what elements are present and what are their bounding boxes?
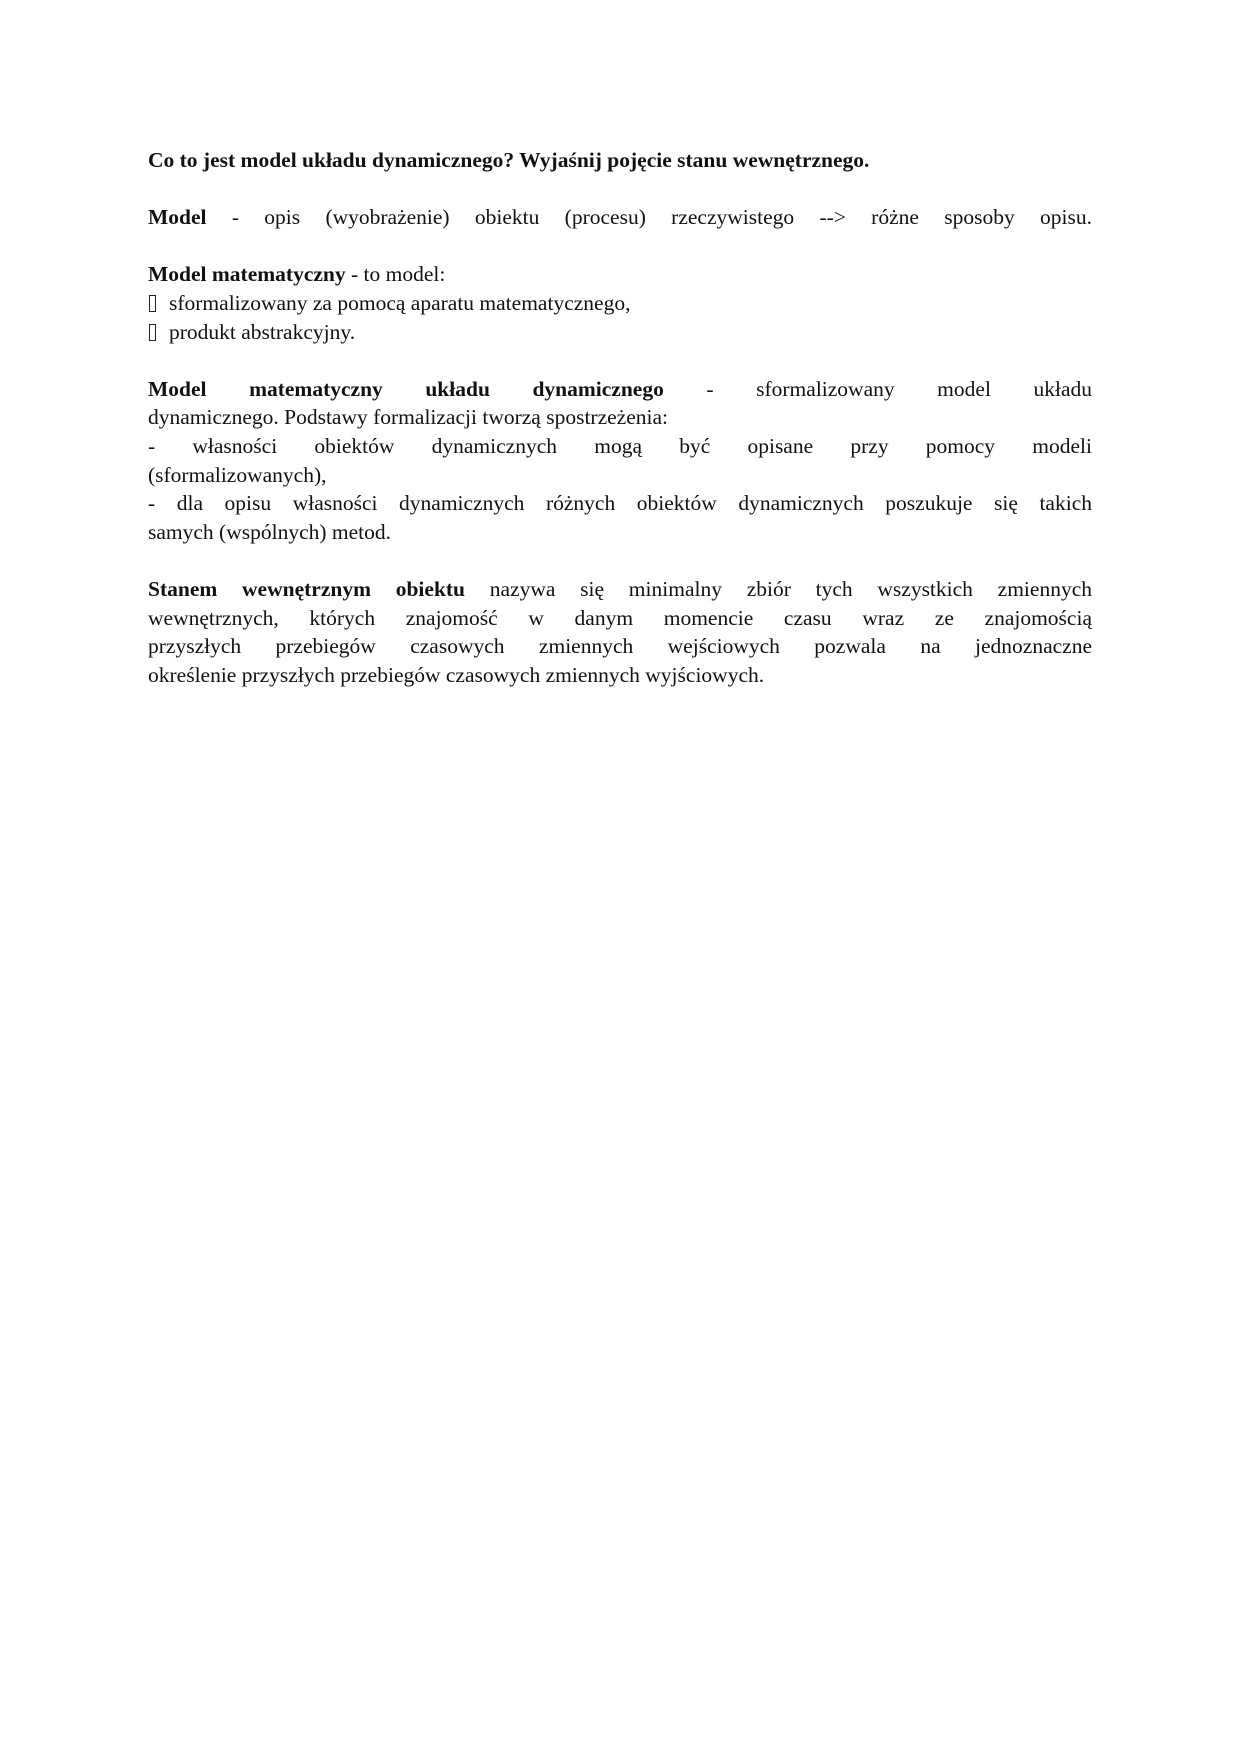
paragraph-internal-state: Stanem wewnętrznym obiektu nazywa się mi… [148, 575, 1092, 689]
text-line: samych (wspólnych) metod. [148, 518, 1092, 547]
term-dynamic-system-model: Model matematyczny układu dynamicznego [148, 377, 664, 401]
document-page: Co to jest model układu dynamicznego? Wy… [148, 146, 1092, 718]
mathematical-model-intro: - to model: [346, 262, 446, 286]
bullet-icon [149, 324, 156, 341]
list-item-text: produkt abstrakcyjny. [169, 320, 355, 344]
text-span: - sformalizowany model układu [664, 377, 1092, 401]
term-internal-state: Stanem wewnętrznym obiektu [148, 577, 465, 601]
text-line: określenie przyszłych przebiegów czasowy… [148, 661, 1092, 690]
text-line: Model matematyczny układu dynamicznego -… [148, 375, 1092, 404]
term-mathematical-model: Model matematyczny [148, 262, 346, 286]
list-item: sformalizowany za pomocą aparatu matemat… [148, 289, 1092, 318]
mathematical-model-heading-line: Model matematyczny - to model: [148, 260, 1092, 289]
text-span: nazywa się minimalny zbiór tych wszystki… [465, 577, 1092, 601]
text-line: dynamicznego. Podstawy formalizacji twor… [148, 403, 1092, 432]
text-line: - własności obiektów dynamicznych mogą b… [148, 432, 1092, 461]
list-item: produkt abstrakcyjny. [148, 318, 1092, 347]
bullet-icon [149, 295, 156, 312]
text-line: (sformalizowanych), [148, 461, 1092, 490]
document-title: Co to jest model układu dynamicznego? Wy… [148, 146, 1092, 175]
list-item-text: sformalizowany za pomocą aparatu matemat… [169, 291, 630, 315]
text-line: Stanem wewnętrznym obiektu nazywa się mi… [148, 575, 1092, 604]
paragraph-mathematical-model: Model matematyczny - to model: sformaliz… [148, 260, 1092, 346]
text-line: przyszłych przebiegów czasowych zmiennyc… [148, 632, 1092, 661]
text-line: wewnętrznych, których znajomość w danym … [148, 604, 1092, 633]
paragraph-dynamic-system-model: Model matematyczny układu dynamicznego -… [148, 375, 1092, 547]
definition-model: - opis (wyobrażenie) obiektu (procesu) r… [207, 205, 1092, 229]
term-model: Model [148, 205, 207, 229]
paragraph-model: Model - opis (wyobrażenie) obiektu (proc… [148, 203, 1092, 232]
text-line: - dla opisu własności dynamicznych różny… [148, 489, 1092, 518]
